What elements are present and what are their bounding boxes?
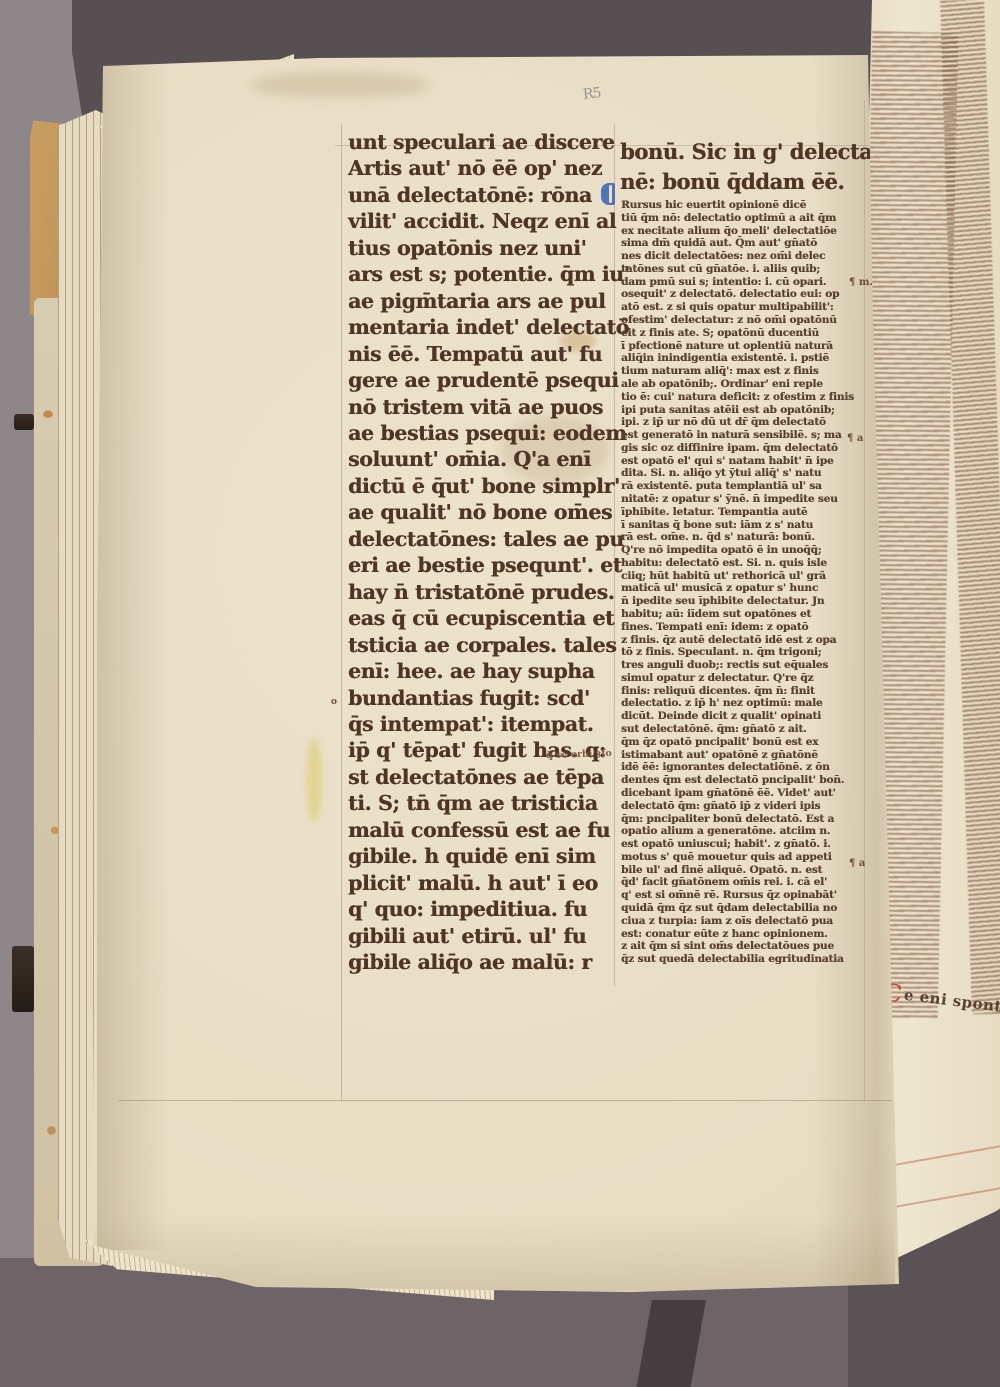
text-line: motus s' quē mouetur quis ad appeti: [621, 851, 869, 864]
text-line: rā existentē. puta templantiā ul' sa: [621, 480, 869, 493]
text-line: tius opatōnis nez uni': [348, 235, 636, 261]
text-line: nō tristem vitā ae puos: [348, 394, 636, 420]
right-text-column: Rursus hic euertit opinionē dicētiū q̄m …: [621, 199, 869, 966]
text-line: q̄d' facit gn̄atōnem om̄is rei. i. cā el…: [621, 876, 869, 889]
text-line: est opatō el' qui s' natam habit' n̄ ipe: [621, 455, 869, 468]
text-line: quidā q̄m q̄z sut q̄dam delectabilia no: [621, 902, 869, 915]
text-line: dicebant ipam gn̄atōnē ēē. Videt' aut': [621, 787, 869, 800]
parchment-stain: [306, 738, 322, 822]
text-line: ī pfectionē nature ut oplentiū naturā: [621, 340, 869, 353]
text-line: eas q̄ cū ecupiscentia et: [348, 605, 636, 631]
text-line: est opatō uniuscui; habit'. z gn̄atō. i.: [621, 838, 869, 851]
text-line: gibile. h quidē enī sim: [348, 843, 636, 869]
text-line: gis sic oz diffinire ipam. q̄m delectatō: [621, 442, 869, 455]
margin-note: ¶ a: [849, 858, 865, 869]
clasp-fitting: [14, 414, 34, 430]
text-line: osequit' z delectatō. delectatio eui: op: [621, 288, 869, 301]
text-line: unt speculari ae discere: [348, 129, 636, 155]
text-line: Artis aut' nō ēē op' nez: [348, 155, 636, 181]
text-line: nitatē: z opatur s' ȳnē. n̄ impedite seu: [621, 493, 869, 506]
text-line: Q're nō impedita opatō ē in unoq̄q̄;: [621, 544, 869, 557]
text-line: est generatō in naturā sensibilē. s; ma: [621, 429, 869, 442]
text-line: nis ēē. Tempatū aut' fu: [348, 341, 636, 367]
text-line: hay n̄ tristatōnē prudes.: [348, 579, 636, 605]
text-line: maticā ul' musicā z opatur s' hunc: [621, 582, 869, 595]
text-line: ipi. z ip̄ ur nō dū ut dr̄ q̄m delectatō: [621, 416, 869, 429]
ruling-line: [118, 1100, 892, 1101]
text-line: aliq̄in inindigentia existentē. i. pstiē: [621, 352, 869, 365]
text-line: ciiq; hūt habitū ut' rethoricā ul' grā: [621, 570, 869, 583]
text-line: nes dicit delectatōes: nez om̄i delec: [621, 250, 869, 263]
margin-letter: o: [331, 697, 337, 707]
text-line: z finis. q̄z autē delectatō idē est z op…: [621, 634, 869, 647]
pencil-folio-mark: R5: [582, 85, 601, 103]
text-line: st delectatōnes ae tēpa: [348, 764, 636, 790]
margin-note: ¶ m.: [849, 277, 873, 288]
verso-page: R5 unt speculari ae discereArtis aut' nō…: [0, 0, 1000, 1387]
text-line: bile ul' ad finē aliquē. Opatō. n. est: [621, 864, 869, 877]
page-shading: [97, 58, 169, 1250]
text-line: ars est s; potentie. q̄m iu': [348, 261, 636, 287]
manuscript-photo: Ce eni spontlis bon̄ R5 unt speculari ae…: [0, 0, 1000, 1387]
text-line: habitu; aū: iīdem sut opatōnes et: [621, 608, 869, 621]
blue-paraph-icon: [601, 183, 615, 205]
text-line: q' est si om̄nē rē. Rursus q̄z opinabāt': [621, 889, 869, 902]
text-line: ae bestias psequi: eodem: [348, 420, 636, 446]
text-line: delectatō q̄m: gn̄atō ip̄ z videri ipis: [621, 800, 869, 813]
text-line: idē ēē: ignorantes delectatiōnē. z ōn: [621, 761, 869, 774]
text-line: tō z finis. Speculant. n. q̄m trigoni;: [621, 646, 869, 659]
text-line: est: conatur eūte z hanc opinionem.: [621, 928, 869, 941]
text-line: dentes q̄m est delectatō pncipalit' bon̄…: [621, 774, 869, 787]
interlinear-gloss: q̄ se orbi ȝfo: [546, 748, 612, 761]
left-text-column: unt speculari ae discereArtis aut' nō ēē…: [348, 129, 636, 976]
text-line: delectatio. z ip̄ h' nez optimū: male: [621, 697, 869, 710]
text-line: istimabant aut' opatōnē z gn̄atōnē: [621, 749, 869, 762]
text-line: bundantias fugit: scd': [348, 685, 636, 711]
text-line: simul opatur z delectatur. Q're q̄z: [621, 672, 869, 685]
text-line: plicit' malū. h aut' ī eo: [348, 870, 636, 896]
text-line: ae qualit' nō bone om̄es: [348, 499, 636, 525]
text-line: z ait q̄m si sint om̄s delectatōues pue: [621, 940, 869, 953]
text-line: īphibite. letatur. Tempantia autē: [621, 506, 869, 519]
text-line: sut delectatōnē. q̄m: gn̄atō z ait.: [621, 723, 869, 736]
text-line: unā delectatōnē: rōna: [348, 182, 636, 208]
text-line: q̄m: pncipaliter bonū delectatō. Est a: [621, 813, 869, 826]
text-line: q̄s intempat': itempat.: [348, 711, 636, 737]
text-line: dam pmū sui s; intentio: i. cū opari.: [621, 276, 869, 289]
text-line: dictū ē q̄ut' bone simplr': [348, 473, 636, 499]
text-line: opatio alium a generatōne. atciim n.: [621, 825, 869, 838]
text-line: gibili aut' etirū. ul' fu: [348, 923, 636, 949]
text-line: ex necitate alium q̄o meli' delectatiōe: [621, 225, 869, 238]
text-line: vilit' accidit. Neqz enī al: [348, 208, 636, 234]
parchment-stain: [250, 72, 430, 98]
text-line: ti. S; tn̄ q̄m ae tristicia: [348, 790, 636, 816]
text-line: tio ē: cui' natura deficit: z ofestim z …: [621, 391, 869, 404]
text-line: dita. Si. n. aliq̄o yt ȳtui aliq̄' s' na…: [621, 467, 869, 480]
text-line: bonū. Sic in g' delectatō: [620, 137, 870, 167]
text-line: delectatōnes: tales ae pu: [348, 526, 636, 552]
text-line: n̄ ipedite seu īphibite delectatur. Jn: [621, 595, 869, 608]
text-line: q' quo: impeditiua. fu: [348, 896, 636, 922]
text-line: ciua z turpia: iam z oīs delectatō pua: [621, 915, 869, 928]
text-line: tium naturam aliq̄': max est z finis: [621, 365, 869, 378]
margin-note: ¶ a: [847, 433, 863, 444]
text-line: q̄z sut quedā delectabilia egritudinatia: [621, 953, 869, 966]
text-line: tres anguli duob;: rectis sut eq̄uales: [621, 659, 869, 672]
right-column-heading: bonū. Sic in g' delectatōnē: bonū q̄ddam…: [620, 137, 870, 197]
facing-page-text-column-2: [940, 0, 1000, 1014]
text-line: eri ae bestie psequnt'. et: [348, 552, 636, 578]
text-line: mentaria indet' delectatō: [348, 314, 636, 340]
text-line: sima dm̄ quidā aut. Q̄m aut' gn̄atō: [621, 237, 869, 250]
text-line: tiū q̄m nō: delectatio optimū a ait q̄m: [621, 212, 869, 225]
text-line: ae pigm̄taria ars ae pul: [348, 288, 636, 314]
text-line: atō est. z si quis opatur multipabilit':: [621, 301, 869, 314]
text-line: soluunt' om̄ia. Q'a enī: [348, 446, 636, 472]
text-line: dicūt. Deinde dicit z qualit' opinati: [621, 710, 869, 723]
ruling-line: [341, 124, 342, 1102]
text-line: ofestim' delectatur: z nō om̄i opatōnū: [621, 314, 869, 327]
text-line: ale ab opatōnib;. Ordinar' eni reple: [621, 378, 869, 391]
text-line: habitu: delectatō est. Si. n. quis isle: [621, 557, 869, 570]
text-line: tsticia ae corpales. tales: [348, 632, 636, 658]
text-line: eit z finis ate. S; opatōnū ducentiū: [621, 327, 869, 340]
text-line: ipi puta sanitas atēii est ab opatōnib;: [621, 404, 869, 417]
text-line: nē: bonū q̄ddam ēē.: [620, 167, 870, 197]
text-line: ī sanitas q̄ bone sut: iām z s' natu: [621, 519, 869, 532]
text-line: finis: reliquū dicentes. q̄m n̄: finit: [621, 685, 869, 698]
text-line: rā est. om̄e. n. q̄d s' naturā: bonū.: [621, 531, 869, 544]
text-line: tatōnes sut cū gn̄atōe. i. aliis quib;: [621, 263, 869, 276]
text-line: gere ae prudentē psequi: [348, 367, 636, 393]
text-line: malū confessū est ae fu: [348, 817, 636, 843]
text-line: fines. Tempati enī: idem: z opatō: [621, 621, 869, 634]
text-line: q̄m q̄z opatō pncipalit' bonū est ex: [621, 736, 869, 749]
clasp-fitting: [12, 946, 34, 1012]
text-line: enī: hee. ae hay supha: [348, 658, 636, 684]
text-line: gibile aliq̄o ae malū: r: [348, 949, 636, 975]
text-line: Rursus hic euertit opinionē dicē: [621, 199, 869, 212]
